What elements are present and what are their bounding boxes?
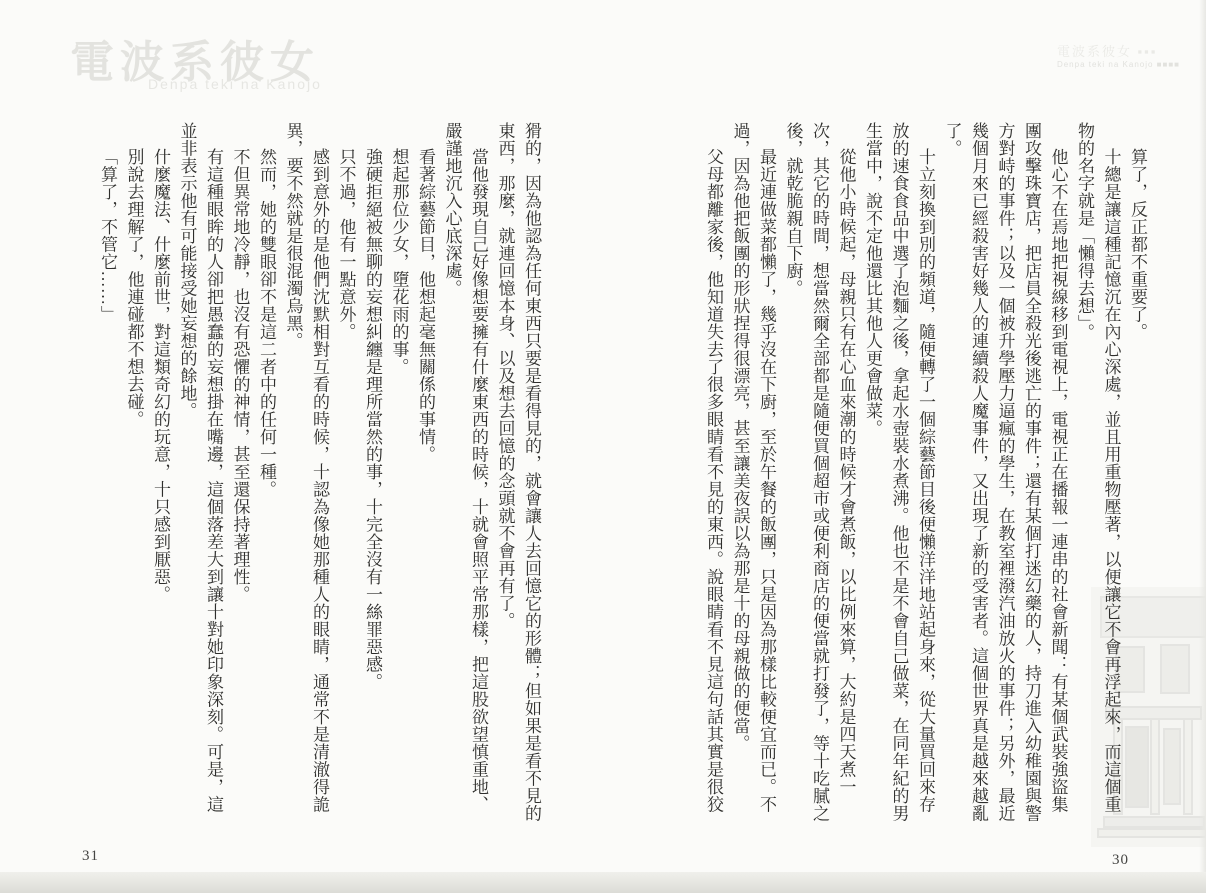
text-column: 什麼魔法、什麼前世，對這類奇幻的玩意，十只感到厭惡。 xyxy=(147,122,174,834)
text-column: 後，就乾脆親自下廚。 xyxy=(779,122,806,834)
text-column: 十總是讓這種記憶沉在內心深處，並且用重物壓著，以便讓它不會再浮起來，而這個重 xyxy=(1097,122,1124,834)
text-column: 想起那位少女，墮花雨的事。 xyxy=(385,122,412,834)
scan-edge-bottom xyxy=(0,872,1206,893)
scan-edge-right xyxy=(1199,0,1206,893)
header-right-logo: 電波系彼女 ▪▪▪ Denpa teki na Kanojo ■■■■ xyxy=(1057,44,1180,70)
text-column: 只不過，他有一點意外。 xyxy=(332,122,359,834)
text-column: 嚴謹地沉入心底深處。 xyxy=(438,122,465,834)
text-column: 感到意外的是他們沈默相對互看的時候，十認為像她那種人的眼睛，通常不是清澈得詭 xyxy=(306,122,333,834)
page-31-text: 猾的，因為他認為任何東西只要是看得見的，就會讓人去回憶它的形體；但如果是看不見的… xyxy=(92,122,544,834)
text-column: 生當中，說不定他還比其他人更會做菜。 xyxy=(859,122,886,834)
text-column: 異，要不然就是很混濁烏黑。 xyxy=(279,122,306,834)
page-number-right: 30 xyxy=(1112,852,1129,869)
header-right-title: 電波系彼女 ▪▪▪ xyxy=(1057,44,1180,60)
text-column: 父母都離家後，他知道失去了很多眼睛看不見的東西。說眼睛看不見這句話其實是很狡 xyxy=(700,122,727,834)
text-column: 放的速食食品中選了泡麵之後，拿起水壺裝水煮沸。他也不是不會自己做菜，在同年紀的男 xyxy=(885,122,912,834)
scan-shading xyxy=(1146,250,1206,670)
series-logo-romaji: Denpa teki na Kanojo xyxy=(148,76,322,92)
text-column: 當他發現自己好像想要擁有什麼東西的時候，十就會照平常那樣，把這股欲望慎重地、 xyxy=(465,122,492,834)
text-column: 東西，那麼，就連回憶本身、以及想去回憶的念頭就不會再有了。 xyxy=(491,122,518,834)
text-column: 不但異常地冷靜，也沒有恐懼的神情，甚至還保持著理性。 xyxy=(226,122,253,834)
text-column: 別說去理解了，他連碰都不想去碰。 xyxy=(120,122,147,834)
text-column: 有這種眼眸的人卻把愚蠢的妄想掛在嘴邊，這個落差大到讓十對她印象深刻。可是，這 xyxy=(200,122,227,834)
text-column: 物的名字就是「懶得去想」。 xyxy=(1071,122,1098,834)
text-column: 然而，她的雙眼卻不是這二者中的任何一種。 xyxy=(253,122,280,834)
text-column: 從他小時候起，母親只有在心血來潮的時候才會煮飯，以比例來算，大約是四天煮一 xyxy=(832,122,859,834)
text-column: 最近連做菜都懶了，幾乎沒在下廚，至於午餐的飯團，只是因為那樣比較便宜而已。不 xyxy=(753,122,780,834)
text-column: 強硬拒絕被無聊的妄想糾纏是理所當然的事，十完全沒有一絲罪惡感。 xyxy=(359,122,386,834)
text-column: 算了，反正都不重要了。 xyxy=(1124,122,1151,834)
header-right-romaji: Denpa teki na Kanojo ■■■■ xyxy=(1057,60,1180,70)
text-column: 團攻擊珠寶店，把店員全殺光後逃亡的事件；還有某個打迷幻藥的人，持刀進入幼稚園與警 xyxy=(1018,122,1045,834)
text-column: 並非表示他有可能接受她妄想的餘地。 xyxy=(173,122,200,834)
text-column: 「算了，不管它……」 xyxy=(94,122,121,834)
text-column: 過，因為他把飯團的形狀捏得很漂亮，甚至讓美夜誤以為那是十的母親做的便當。 xyxy=(726,122,753,834)
page-30-text: 算了，反正都不重要了。十總是讓這種記憶沉在內心深處，並且用重物壓著，以便讓它不會… xyxy=(698,122,1150,834)
page-number-left: 31 xyxy=(82,848,99,865)
text-column: 了。 xyxy=(938,122,965,834)
text-column: 次，其它的時間，想當然爾全部都是隨便買個超市或便利商店的便當就打發了，等十吃膩之 xyxy=(806,122,833,834)
text-column: 猾的，因為他認為任何東西只要是看得見的，就會讓人去回憶它的形體；但如果是看不見的 xyxy=(518,122,545,834)
text-column: 幾個月來已經殺害好幾人的連續殺人魔事件，又出現了新的受害者。這個世界真是越來越亂 xyxy=(965,122,992,834)
book-spread: 電波系彼女 Denpa teki na Kanojo 電波系彼女 ▪▪▪ Den… xyxy=(0,0,1206,893)
text-column: 方對峙的事件；以及一個被升學壓力逼瘋的學生，在教室裡潑汽油放火的事件；另外，最近 xyxy=(991,122,1018,834)
text-column: 他心不在焉地把視線移到電視上，電視正在播報一連串的社會新聞：有某個武裝強盜集 xyxy=(1044,122,1071,834)
text-column: 看著綜藝節目，他想起毫無關係的事情。 xyxy=(412,122,439,834)
text-column: 十立刻換到別的頻道，隨便轉了一個綜藝節目後便懶洋洋地站起身來，從大量買回來存 xyxy=(912,122,939,834)
